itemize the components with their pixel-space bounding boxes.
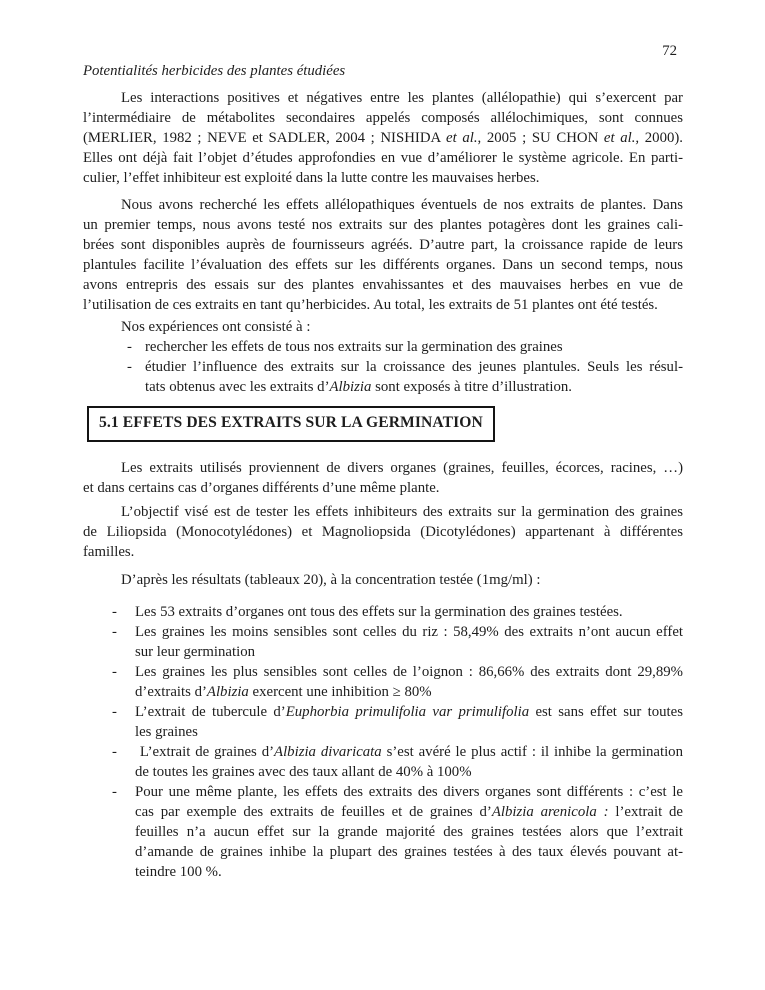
paragraph-allelopathy: Les interactions positives et négatives … (83, 88, 683, 188)
page-number: 72 (83, 41, 677, 61)
paragraph-results-intro: D’après les résultats (tableaux 20), à l… (83, 570, 683, 590)
text-line: culier, l’effet inhibiteur est exploité … (83, 168, 683, 188)
text-line: d’extraits d’Albizia exercent une inhibi… (135, 682, 683, 702)
bullet-dash: - (112, 662, 117, 682)
text-line: tats obtenus avec les extraits d’Albizia… (145, 377, 683, 397)
text-line: et dans certains cas d’organes différent… (83, 478, 683, 498)
italic-run: Albizia arenicola : (492, 804, 609, 820)
text-line: Les graines les moins sensibles sont cel… (135, 622, 683, 642)
italic-run: Euphorbia primulifolia var primulifolia (286, 704, 529, 720)
text-line: Les 53 extraits d’organes ont tous des e… (135, 602, 683, 622)
text-line: les graines (135, 722, 683, 742)
text-line: L’extrait de graines d’Albizia divaricat… (135, 742, 683, 762)
paragraph-experiments-intro: Nos expériences ont consisté à : (83, 317, 683, 337)
text-line: avons entrepris des essais sur des plant… (83, 275, 683, 295)
list-item-body: Les graines les plus sensibles sont cell… (135, 662, 683, 702)
bullet-dash: - (112, 782, 117, 802)
italic-run: et al., (604, 130, 639, 146)
list-item-body: Les graines les moins sensibles sont cel… (135, 622, 683, 662)
italic-run: Albizia (207, 684, 249, 700)
paragraph-extract-origins: Les extraits utilisés proviennent de div… (83, 458, 683, 498)
text-line: de Liliopsida (Monocotylédones) et Magno… (83, 522, 683, 542)
text-line: de toutes les graines avec des taux alla… (135, 762, 683, 782)
text-line: Les interactions positives et négatives … (83, 88, 683, 108)
list-item: -Pour une même plante, les effets des ex… (83, 782, 683, 882)
text-line: L’extrait de tubercule d’Euphorbia primu… (135, 702, 683, 722)
list-item: -L’extrait de tubercule d’Euphorbia prim… (83, 702, 683, 742)
list-item-body: étudier l’influence des extraits sur la … (145, 357, 683, 397)
list-item-body: L’extrait de tubercule d’Euphorbia primu… (135, 702, 683, 742)
text-line: Nous avons recherché les effets allélopa… (83, 195, 683, 215)
paragraph-research-approach: Nous avons recherché les effets allélopa… (83, 195, 683, 315)
text-line: brées sont disponibles auprès de fournis… (83, 235, 683, 255)
list-item-body: rechercher les effets de tous nos extrai… (145, 337, 683, 357)
text-line: Elles ont déjà fait l’objet d’études app… (83, 148, 683, 168)
text-line: l’utilisation de ces extraits en tant qu… (83, 295, 683, 315)
list-item: -rechercher les effets de tous nos extra… (83, 337, 683, 357)
list-item-body: Pour une même plante, les effets des ext… (135, 782, 683, 882)
list-item-body: Les 53 extraits d’organes ont tous des e… (135, 602, 683, 622)
results-list: -Les 53 extraits d’organes ont tous des … (83, 602, 683, 882)
bullet-dash: - (127, 357, 132, 377)
list-item: -Les graines les moins sensibles sont ce… (83, 622, 683, 662)
bullet-dash: - (112, 602, 117, 622)
text-line: teindre 100 %. (135, 862, 683, 882)
bullet-dash: - (112, 742, 117, 762)
section-heading-box: 5.1 EFFETS DES EXTRAITS SUR LA GERMINATI… (87, 406, 495, 442)
text-line: L’objectif visé est de tester les effets… (83, 502, 683, 522)
document-page: 72 Potentialités herbicides des plantes … (0, 0, 765, 990)
italic-run: Albizia (330, 379, 372, 395)
paragraph-objective: L’objectif visé est de tester les effets… (83, 502, 683, 562)
text-line: l’intermédiaire de métabolites secondair… (83, 108, 683, 128)
content-column: Les interactions positives et négatives … (83, 88, 683, 882)
bullet-dash: - (127, 337, 132, 357)
text-line: Nos expériences ont consisté à : (83, 317, 683, 337)
text-line: familles. (83, 542, 683, 562)
section-heading-title: 5.1 EFFETS DES EXTRAITS SUR LA GERMINATI… (99, 414, 483, 431)
italic-run: Albizia divaricata (274, 744, 382, 760)
running-head: Potentialités herbicides des plantes étu… (83, 61, 683, 81)
text-line: plantules facilite l’évaluation des effe… (83, 255, 683, 275)
list-item: -Les graines les plus sensibles sont cel… (83, 662, 683, 702)
text-line: étudier l’influence des extraits sur la … (145, 357, 683, 377)
text-line: feuilles n’a aucun effet sur la grande m… (135, 822, 683, 842)
text-line: rechercher les effets de tous nos extrai… (145, 337, 683, 357)
bullet-dash: - (112, 702, 117, 722)
list-item: -étudier l’influence des extraits sur la… (83, 357, 683, 397)
list-item: -Les 53 extraits d’organes ont tous des … (83, 602, 683, 622)
text-line: Les graines les plus sensibles sont cell… (135, 662, 683, 682)
text-line: d’amande de graines inhibe la plupart de… (135, 842, 683, 862)
bullet-dash: - (112, 622, 117, 642)
experiments-list: -rechercher les effets de tous nos extra… (83, 337, 683, 397)
text-line: un premier temps, nous avons testé nos e… (83, 215, 683, 235)
list-item: - L’extrait de graines d’Albizia divaric… (83, 742, 683, 782)
text-line: cas par exemple des extraits de feuilles… (135, 802, 683, 822)
italic-run: et al. (446, 130, 478, 146)
list-item-body: L’extrait de graines d’Albizia divaricat… (135, 742, 683, 782)
text-line: D’après les résultats (tableaux 20), à l… (83, 570, 683, 590)
text-line: Pour une même plante, les effets des ext… (135, 782, 683, 802)
text-line: Les extraits utilisés proviennent de div… (83, 458, 683, 478)
text-line: sur leur germination (135, 642, 683, 662)
text-line: (MERLIER, 1982 ; NEVE et SADLER, 2004 ; … (83, 128, 683, 148)
